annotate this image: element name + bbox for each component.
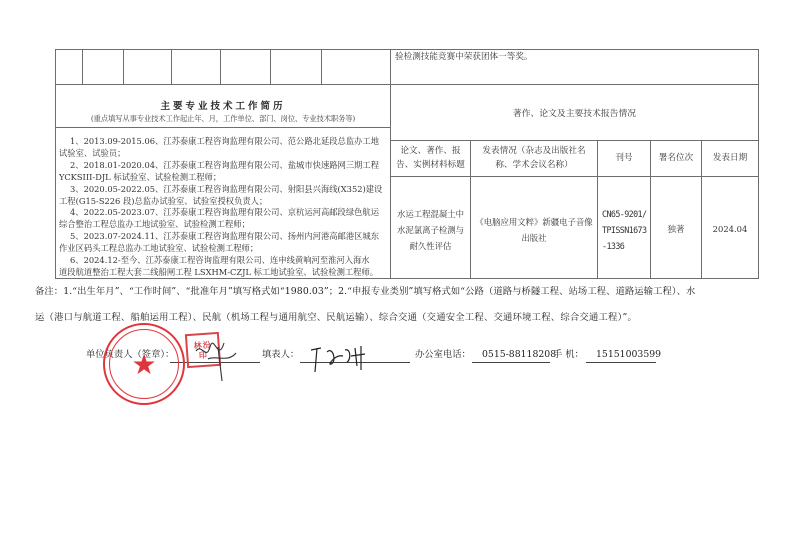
filler-label: 填表人： — [262, 348, 299, 363]
table-left-border — [55, 49, 56, 278]
pub-header-bottom-border — [390, 176, 759, 177]
pub-issn: CN65-9201/TPISSN1673-1336 — [602, 206, 648, 254]
work-history-line: 综合整治工程总监办工地试验室、试验检测工程师； — [59, 218, 250, 230]
work-history-line: 道段航道整治工程大套二线船闸工程 LSXHM-CZJL 标工地试验室、试验检测工… — [59, 266, 378, 278]
unit-head-signature-icon — [188, 333, 248, 383]
official-seal-icon: ★ — [103, 323, 185, 405]
pub-header-title: 论文、著作、报告、实例材料标题 — [393, 144, 468, 172]
note-line-2: 运（港口与航道工程、船舶运用工程）、民航（机场工程与通用航空、民航运输）、综合交… — [35, 311, 637, 326]
work-history-line: YCKSIII-DJL 标试验室、试验检测工程师； — [59, 171, 221, 183]
table-right-border — [758, 49, 759, 278]
pub-author-rank: 独著 — [651, 222, 701, 237]
pub-title: 水运工程混凝土中水泥氯离子检测与耐久性评估 — [394, 206, 467, 254]
mobile-label: 手 机： — [553, 348, 584, 363]
work-history-line: 试验室、试验员； — [59, 147, 125, 159]
publications-title: 著作、论文及主要技术报告情况 — [391, 107, 758, 122]
work-history-line: 6、2024.12-至今、江苏泰康工程咨询监理有限公司、连申线黄响河至淮河入海水 — [70, 254, 370, 266]
award-text: 验检测技能竞赛中荣获团体一等奖。 — [395, 50, 533, 65]
pub-header-date: 发表日期 — [702, 151, 758, 166]
note-line-1: 备注：1.“出生年月”、“工作时间”、“批准年月”填写格式如“1980.03”；… — [35, 285, 695, 300]
office-phone-line[interactable] — [472, 362, 550, 363]
pub-venue: 《电脑应用文粹》新疆电子音像出版社 — [474, 214, 594, 246]
mobile-line[interactable] — [586, 362, 656, 363]
filler-signature-icon — [305, 338, 385, 378]
work-history-line: 4、2022.05-2023.07、江苏泰康工程咨询监理有限公司、京杭运河高邮段… — [70, 206, 379, 218]
office-phone-value: 0515-88118208 — [482, 348, 556, 363]
work-history-line: 3、2020.05-2022.05、江苏泰康工程咨询监理有限公司、射阳县兴海线(… — [70, 183, 382, 195]
work-history-line: 5、2023.07-2024.11、江苏泰康工程咨询监理有限公司、扬州内河港高邮… — [70, 230, 379, 242]
work-history-line: 作业区码头工程总监办工地试验室、试验检测工程师； — [59, 242, 258, 254]
row1-col-divider — [171, 49, 172, 84]
row1-col-divider — [82, 49, 83, 84]
row1-bottom-border — [55, 84, 759, 85]
work-history-line: 工程(G15-S226 段)总监办试验室、试验室授权负责人； — [59, 195, 267, 207]
row1-col-divider — [270, 49, 271, 84]
work-history-line: 2、2018.01-2020.04、江苏泰康工程咨询监理有限公司、盐城市快速路网… — [70, 159, 379, 171]
row1-col-divider — [123, 49, 124, 84]
pub-header-venue: 发表情况（杂志及出版社名称、学术会议名称） — [474, 144, 594, 172]
office-phone-label: 办公室电话： — [415, 348, 471, 363]
pub-date: 2024.04 — [702, 222, 758, 237]
work-history-line: 1、2013.09-2015.06、江苏泰康工程咨询监理有限公司、范公路北延段总… — [70, 135, 379, 147]
work-history-subtitle: (重点填写从事专业技术工作起止年、月，工作单位、部门、岗位、专业技术职务等) — [56, 112, 390, 127]
work-title-bottom-border — [55, 127, 390, 128]
table-bottom-border — [55, 278, 759, 279]
mobile-value: 15151003599 — [596, 348, 661, 363]
pub-header-rank: 署名位次 — [651, 151, 701, 166]
row1-col-divider — [220, 49, 221, 84]
row1-col-divider — [321, 49, 322, 84]
table-mid-divider — [390, 49, 391, 278]
pub-header-issn: 刊号 — [598, 151, 650, 166]
pub-title-bottom-border — [390, 140, 759, 141]
pub-col-divider — [470, 140, 471, 278]
